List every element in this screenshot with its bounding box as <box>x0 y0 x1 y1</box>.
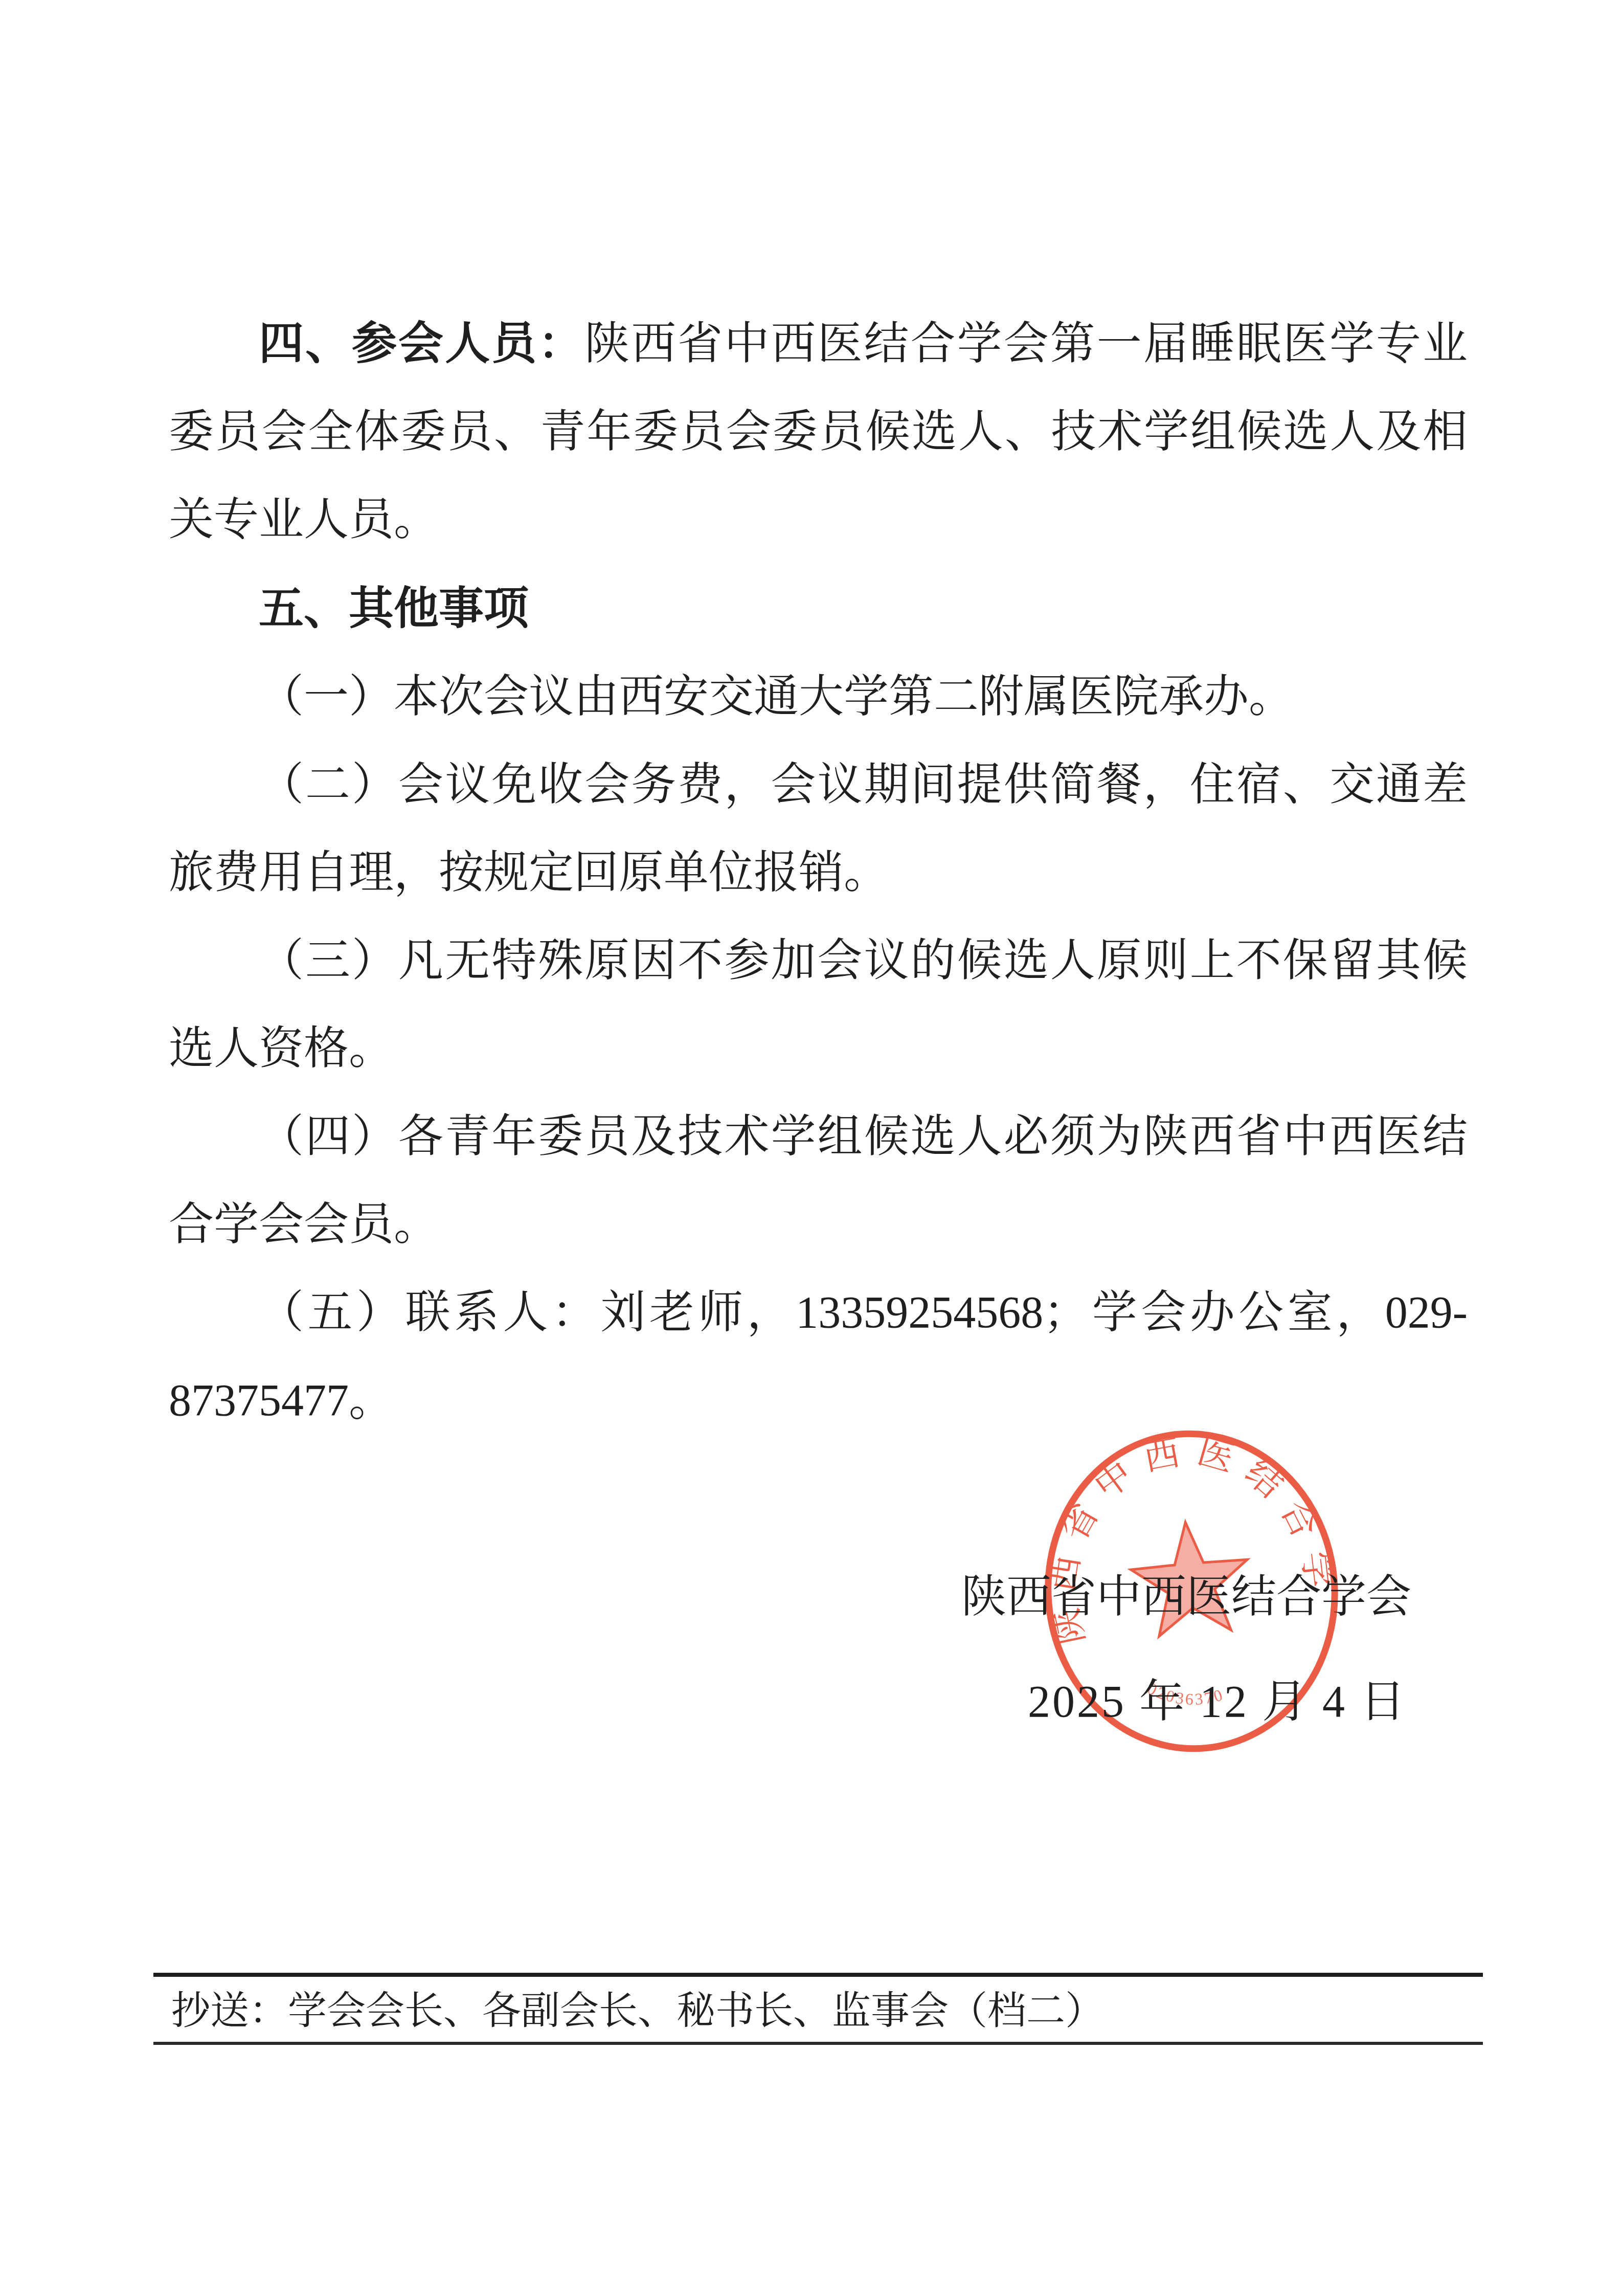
item-2-fees: （二）会议免收会务费，会议期间提供简餐，住宿、交通差旅费用自理，按规定回原单位报… <box>169 741 1468 917</box>
notice-body: 四、参会人员：陕西省中西医结合学会第一届睡眠医学专业委员会全体委员、青年委员会委… <box>169 299 1468 1445</box>
item-4-membership: （四）各青年委员及技术学组候选人必须为陕西省中西医结合学会会员。 <box>169 1093 1468 1269</box>
attendees-heading: 四、参会人员： <box>259 318 584 368</box>
footer-divider-top <box>153 1973 1483 1977</box>
paragraph-attendees: 四、参会人员：陕西省中西医结合学会第一届睡眠医学专业委员会全体委员、青年委员会委… <box>169 299 1468 564</box>
item-1-host: （一）本次会议由西安交通大学第二附属医院承办。 <box>169 653 1468 741</box>
signing-organization: 陕西省中西医结合学会 <box>169 1545 1468 1649</box>
item-3-absence: （三）凡无特殊原因不参加会议的候选人原则上不保留其候选人资格。 <box>169 917 1468 1093</box>
cc-line: 抄送：学会会长、各副会长、秘书长、监事会（档二） <box>171 1986 1450 2037</box>
signature-block: 陕西省中西医结合学会 2025 年 12 月 4 日 <box>169 1545 1468 1754</box>
other-matters-heading: 五、其他事项 <box>259 583 529 633</box>
other-matters-heading-row: 五、其他事项 <box>169 564 1468 653</box>
scanned-notice-page: 四、参会人员：陕西省中西医结合学会第一届睡眠医学专业委员会全体委员、青年委员会委… <box>0 0 1623 2296</box>
footer-divider-bottom <box>153 2042 1483 2045</box>
signing-date: 2025 年 12 月 4 日 <box>169 1649 1468 1754</box>
